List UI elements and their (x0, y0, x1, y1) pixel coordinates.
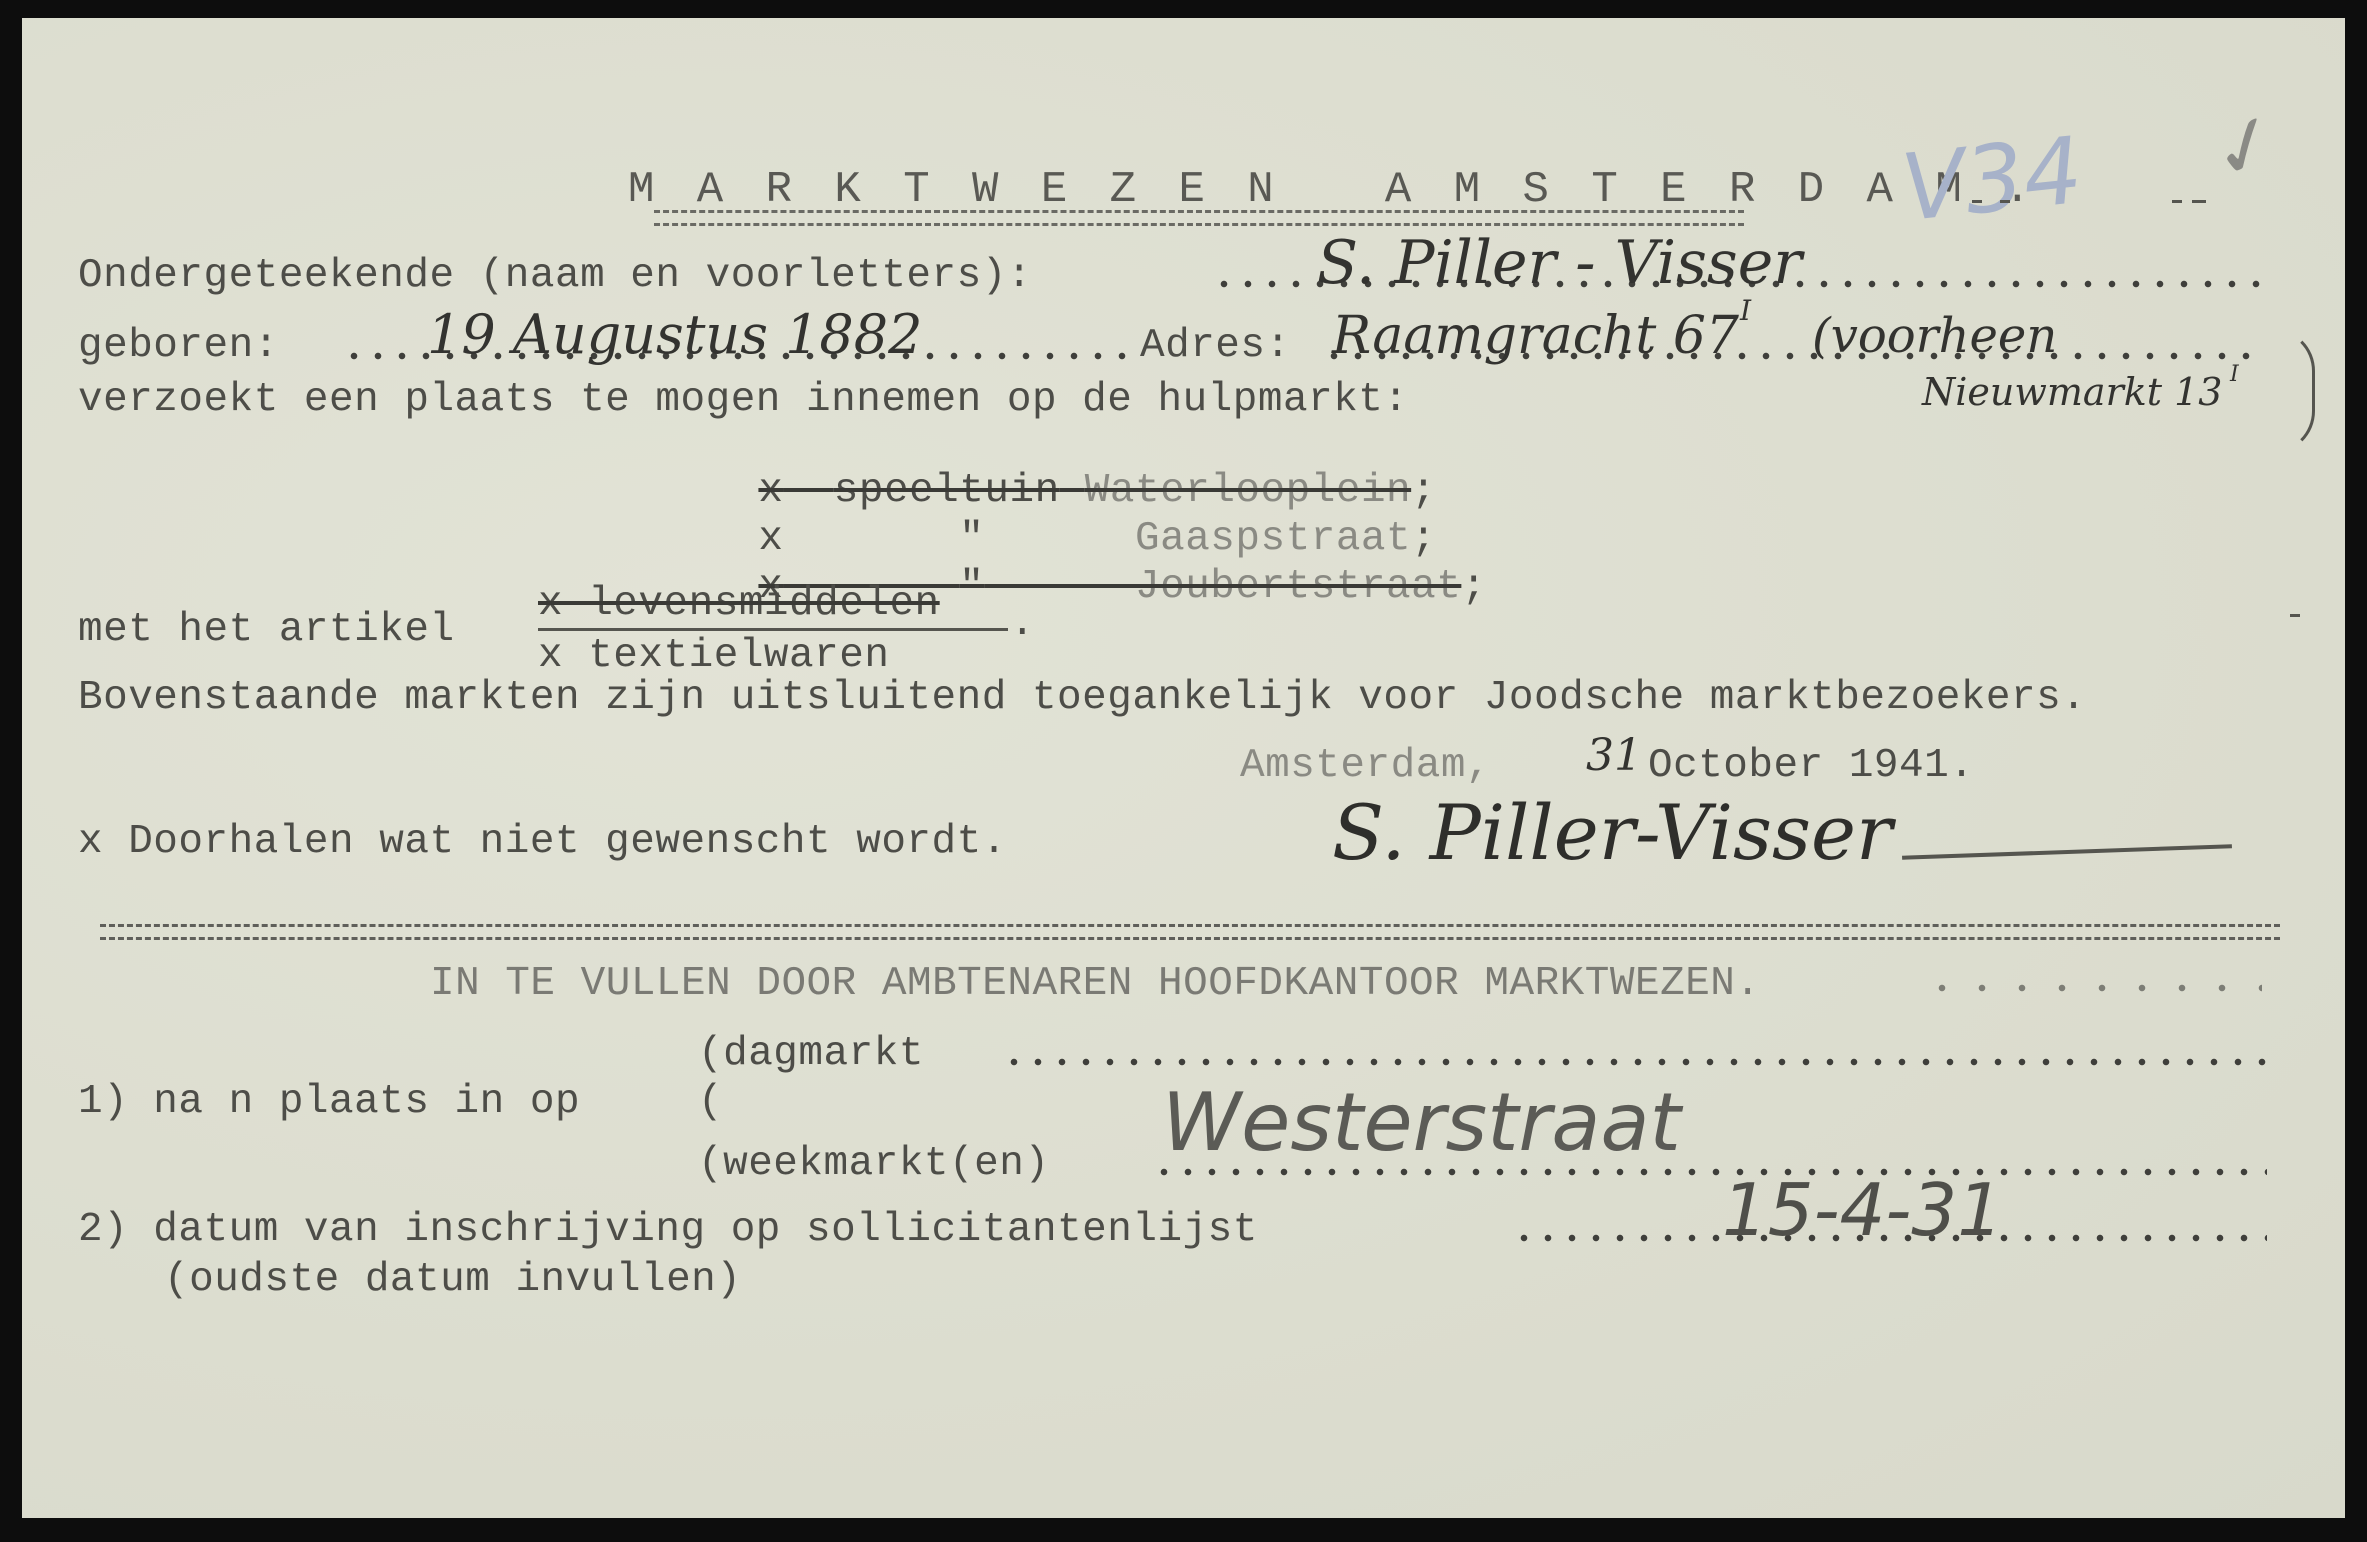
signature-flourish (1902, 844, 2232, 860)
place-date-prefix: Amsterdam, (1240, 746, 1491, 787)
place-date-rest: October 1941. (1648, 746, 1974, 787)
market-suffix: ; (1461, 564, 1486, 610)
market-permit-card: M A R K T W E Z E N A M S T E R D A M . … (22, 18, 2345, 1518)
office-section-heading: IN TE VULLEN DOOR AMBTENAREN HOOFDKANTOO… (430, 964, 1761, 1005)
item2-note: (oudste datum invullen) (164, 1260, 741, 1301)
closing-parenthesis-mark (2272, 328, 2315, 454)
article-label: met het artikel (78, 610, 455, 651)
born-value: 19 Augustus 1882 (427, 303, 923, 366)
name-value: S. Piller - Visser (1317, 228, 1802, 298)
place-date-day: 31 (1586, 730, 1642, 781)
jewish-only-notice: Bovenstaande markten zijn uitsluitend to… (78, 678, 2086, 719)
check-mark-icon: ✓ (2198, 91, 2293, 201)
weekmarkt-label: (weekmarkt(en) (698, 1144, 1049, 1185)
address-value: Raamgracht 67 (1332, 306, 1739, 366)
item1-label: 1) na n plaats in op (78, 1082, 580, 1123)
tick-mark (2290, 614, 2300, 617)
dagmarkt-dotted-line (1002, 1058, 2267, 1066)
heading-trailing-dots (1922, 984, 2262, 992)
address-superscript: I (1740, 294, 1751, 327)
handwritten-code: V34 (1897, 117, 2087, 242)
item2-label: 2) datum van inschrijving op sollicitant… (78, 1210, 1258, 1251)
item1-bracket: ( (698, 1082, 723, 1123)
request-line: verzoekt een plaats te mogen innemen op … (78, 380, 1409, 421)
market-ditto: " (959, 564, 984, 610)
born-label: geboren: (78, 326, 279, 367)
previous-address-prefix: (voorheen (1812, 308, 2057, 364)
weekmarkt-value: Westerstraat (1162, 1076, 1681, 1169)
item2-value: 15-4-31 (1722, 1168, 2003, 1252)
title-double-underline (654, 210, 1744, 226)
tick-mark (2172, 200, 2182, 203)
article-suffix: . (1010, 604, 1035, 645)
strike-instruction: x Doorhalen wat niet gewenscht wordt. (78, 822, 1007, 863)
dagmarkt-label: (dagmarkt (698, 1034, 924, 1075)
market-name: Joubertstraat (1135, 564, 1461, 610)
weekmarkt-dotted-line (1152, 1168, 2267, 1176)
article-option-levensmiddelen: x levensmiddelen (538, 584, 940, 625)
article-fraction-rule (538, 628, 1008, 631)
article-option-textielwaren: x textielwaren (538, 636, 889, 677)
tick-mark (2192, 200, 2206, 203)
tick-mark (1972, 200, 1982, 203)
previous-address-superscript: I (2230, 362, 2239, 387)
previous-address-value: Nieuwmarkt 13 (1922, 370, 2222, 414)
document-title: M A R K T W E Z E N A M S T E R D A M . (628, 168, 2039, 212)
section-separator (100, 924, 2280, 940)
applicant-signature: S. Piller-Visser (1332, 788, 1892, 877)
tick-mark (2000, 200, 2010, 203)
address-label: Adres: (1140, 326, 1291, 367)
name-label: Ondergeteekende (naam en voorletters): (78, 256, 1032, 297)
